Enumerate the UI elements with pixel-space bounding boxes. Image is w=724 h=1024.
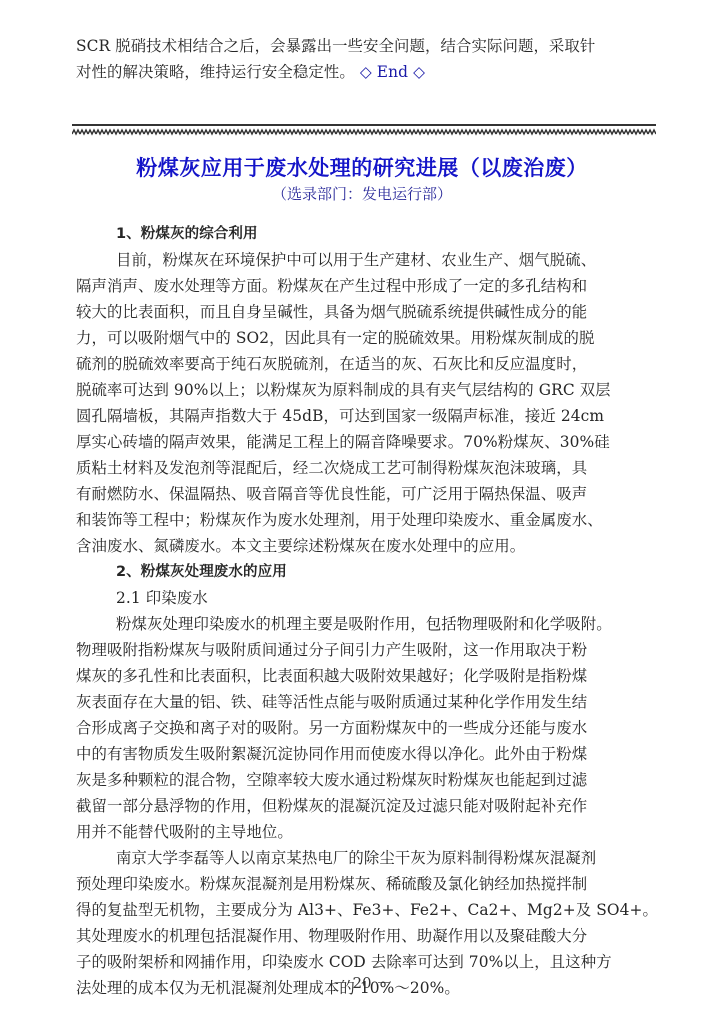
paragraph-line: 含油废水、氮磷废水。本文主要综述粉煤灰在废水处理中的应用。 [76,536,525,556]
paragraph-line: 力，可以吸附烟气中的 SO2，因此具有一定的脱硫效果。用粉煤灰制成的脱 [76,328,594,348]
section1-heading: 1、粉煤灰的综合利用 [116,224,258,244]
paragraph-line: 灰表面存在大量的铝、铁、硅等活性点能与吸附质通过某种化学作用发生结 [76,692,587,712]
intro-line-2-text: 对性的解决策略，维持运行安全稳定性。 [76,63,355,81]
intro-line-2: 对性的解决策略，维持运行安全稳定性。 ◇ End ◇ [76,62,425,82]
article-title: 粉煤灰应用于废水处理的研究进展（以废治废） [0,152,724,182]
paragraph-line: 厚实心砖墙的隔声效果，能满足工程上的隔音降噪要求。70%粉煤灰、30%硅 [76,432,610,452]
paragraph-line: 灰是多种颗粒的混合物，空隙率较大废水通过粉煤灰时粉煤灰也能起到过滤 [76,770,587,790]
paragraph-line: 其处理废水的机理包括混凝作用、物理吸附作用、助凝作用以及聚硅酸大分 [76,926,587,946]
paragraph-line: 粉煤灰处理印染废水的机理主要是吸附作用，包括物理吸附和化学吸附。 [116,614,612,634]
paragraph-line: 圆孔隔墙板，其隔声指数大于 45dB，可达到国家一级隔声标准，接近 24cm [76,406,604,426]
paragraph-line: 预处理印染废水。粉煤灰混凝剂是用粉煤灰、稀硫酸及氯化钠经加热搅拌制 [76,874,587,894]
page-number: － 20 － [0,972,724,993]
intro-line-1: SCR 脱硝技术相结合之后，会暴露出一些安全问题，结合实际问题，采取针 [76,36,595,56]
end-mark: ◇ End ◇ [360,63,425,81]
article-subtitle: （选录部门：发电运行部） [0,183,724,204]
paragraph-line: 较大的比表面积，而且自身呈碱性，具备为烟气脱硫系统提供碱性成分的能 [76,302,587,322]
section-divider [72,124,656,136]
paragraph-line: 质粘土材料及发泡剂等混配后，经二次烧成工艺可制得粉煤灰泡沫玻璃，具 [76,458,587,478]
paragraph-line: 子的吸附架桥和网捕作用，印染废水 COD 去除率可达到 70%以上，且这种方 [76,952,612,972]
paragraph-line: 物理吸附指粉煤灰与吸附质间通过分子间引力产生吸附，这一作用取决于粉 [76,640,587,660]
paragraph-line: 和装饰等工程中；粉煤灰作为废水处理剂，用于处理印染废水、重金属废水、 [76,510,603,530]
paragraph-line: 有耐燃防水、保温隔热、吸音隔音等优良性能，可广泛用于隔热保温、吸声 [76,484,587,504]
paragraph-line: 煤灰的多孔性和比表面积，比表面积越大吸附效果越好；化学吸附是指粉煤 [76,666,587,686]
paragraph-line: 目前，粉煤灰在环境保护中可以用于生产建材、农业生产、烟气脱硫、 [116,250,596,270]
section2-heading: 2、粉煤灰处理废水的应用 [116,562,287,582]
paragraph-line: 南京大学李磊等人以南京某热电厂的除尘干灰为原料制得粉煤灰混凝剂 [116,848,596,868]
divider-zigzag-icon [72,128,656,136]
paragraph-line: 脱硫率可达到 90%以上；以粉煤灰为原料制成的具有夹气层结构的 GRC 双层 [76,380,611,400]
divider-solid-line [72,124,656,126]
section2-1-heading: 2.1 印染废水 [116,588,208,608]
paragraph-line: 隔声消声、废水处理等方面。粉煤灰在产生过程中形成了一定的多孔结构和 [76,276,587,296]
paragraph-line: 硫剂的脱硫效率要高于纯石灰脱硫剂，在适当的灰、石灰比和反应温度时， [76,354,587,374]
paragraph-line: 截留一部分悬浮物的作用，但粉煤灰的混凝沉淀及过滤只能对吸附起补充作 [76,796,587,816]
paragraph-line: 得的复盐型无机物，主要成分为 Al3+、Fe3+、Fe2+、Ca2+、Mg2+及… [76,900,658,920]
paragraph-line: 用并不能替代吸附的主导地位。 [76,822,293,842]
paragraph-line: 中的有害物质发生吸附絮凝沉淀协同作用而使废水得以净化。此外由于粉煤 [76,744,587,764]
paragraph-line: 合形成离子交换和离子对的吸附。另一方面粉煤灰中的一些成分还能与废水 [76,718,587,738]
